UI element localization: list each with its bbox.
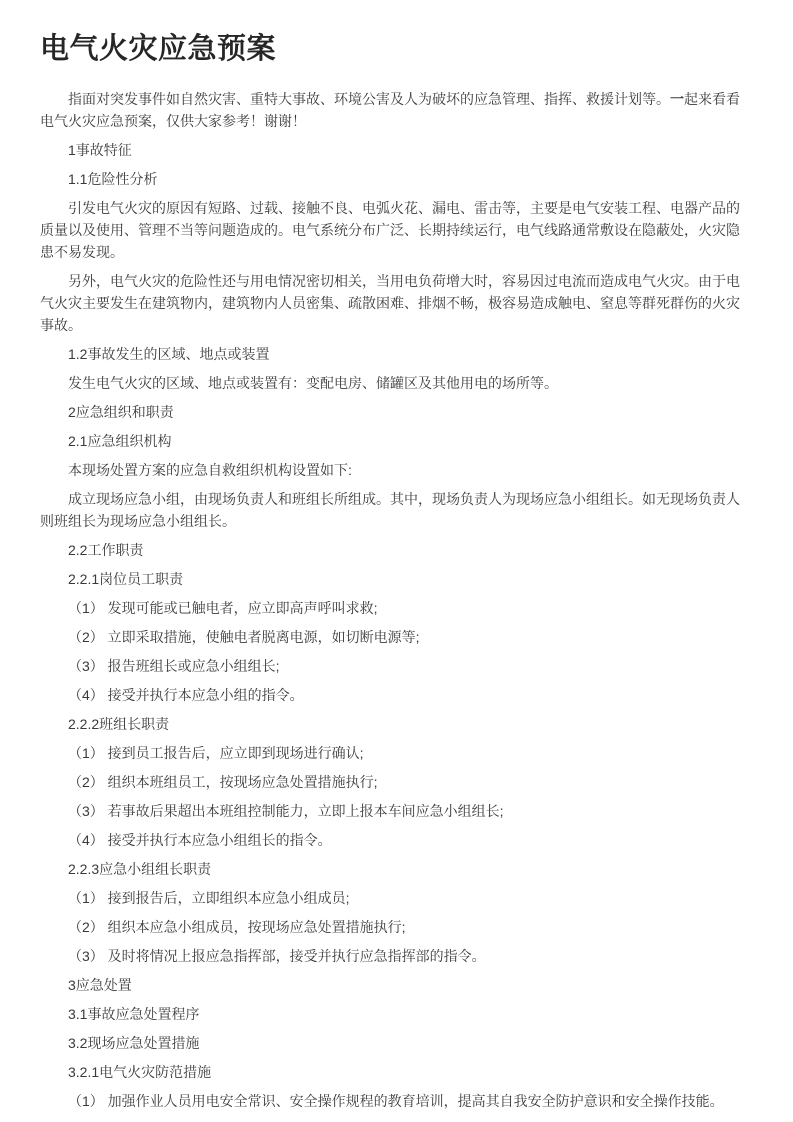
page-title: 电气火灾应急预案 — [40, 30, 753, 68]
document-paragraph: （3） 报告班组长或应急小组组长; — [40, 655, 753, 677]
document-paragraph: （4） 接受并执行本应急小组组长的指令。 — [40, 829, 753, 851]
document-paragraph: 成立现场应急小组，由现场负责人和班组长所组成。其中，现场负责人为现场应急小组组长… — [40, 488, 753, 532]
document-paragraph: 3.2现场应急处置措施 — [40, 1032, 753, 1054]
document-paragraph: 1.2事故发生的区域、地点或装置 — [40, 343, 753, 365]
document-paragraph: （1） 接到员工报告后，应立即到现场进行确认; — [40, 742, 753, 764]
document-paragraph: （3） 及时将情况上报应急指挥部，接受并执行应急指挥部的指令。 — [40, 945, 753, 967]
document-paragraph: 3.2.1电气火灾防范措施 — [40, 1061, 753, 1083]
intro-bold-char: 一 — [670, 91, 684, 107]
document-paragraph: 1事故特征 — [40, 139, 753, 161]
document-paragraph: 2应急组织和职责 — [40, 401, 753, 423]
document-body: 1事故特征1.1危险性分析引发电气火灾的原因有短路、过载、接触不良、电弧火花、漏… — [40, 139, 753, 1112]
document-paragraph: 3应急处置 — [40, 974, 753, 996]
document-paragraph: 2.2.2班组长职责 — [40, 713, 753, 735]
intro-paragraph: 指面对突发事件如自然灾害、重特大事故、环境公害及人为破坏的应急管理、指挥、救援计… — [40, 88, 753, 132]
document-content: 电气火灾应急预案 指面对突发事件如自然灾害、重特大事故、环境公害及人为破坏的应急… — [0, 30, 793, 1112]
document-paragraph: 引发电气火灾的原因有短路、过载、接触不良、电弧火花、漏电、雷击等，主要是电气安装… — [40, 197, 753, 263]
document-paragraph: （3） 若事故后果超出本班组控制能力，立即上报本车间应急小组组长; — [40, 800, 753, 822]
document-paragraph: 3.1事故应急处置程序 — [40, 1003, 753, 1025]
intro-text-before-bold: 指面对突发事件如自然灾害、重特大事故、环境公害及人为破坏的应急管理、指挥、救援计… — [68, 91, 670, 107]
document-paragraph: 2.2工作职责 — [40, 539, 753, 561]
document-paragraph: 2.2.3应急小组组长职责 — [40, 858, 753, 880]
document-paragraph: 发生电气火灾的区域、地点或装置有：变配电房、储罐区及其他用电的场所等。 — [40, 372, 753, 394]
document-paragraph: 1.1危险性分析 — [40, 168, 753, 190]
document-paragraph: （1） 加强作业人员用电安全常识、安全操作规程的教育培训，提高其自我安全防护意识… — [40, 1090, 753, 1112]
document-paragraph: （2） 组织本班组员工，按现场应急处置措施执行; — [40, 771, 753, 793]
document-paragraph: 2.1应急组织机构 — [40, 430, 753, 452]
document-paragraph: （1） 发现可能或已触电者，应立即高声呼叫求救; — [40, 597, 753, 619]
document-paragraph: 2.2.1岗位员工职责 — [40, 568, 753, 590]
document-paragraph: 本现场处置方案的应急自救组织机构设置如下: — [40, 459, 753, 481]
document-page: { "page": { "title": "电气火灾应急预案", "backgr… — [0, 0, 793, 1122]
document-paragraph: 另外，电气火灾的危险性还与用电情况密切相关，当用电负荷增大时，容易因过电流而造成… — [40, 270, 753, 336]
document-paragraph: （1） 接到报告后，立即组织本应急小组成员; — [40, 887, 753, 909]
document-paragraph: （2） 立即采取措施，使触电者脱离电源，如切断电源等; — [40, 626, 753, 648]
document-paragraph: （4） 接受并执行本应急小组的指令。 — [40, 684, 753, 706]
document-paragraph: （2） 组织本应急小组成员，按现场应急处置措施执行; — [40, 916, 753, 938]
